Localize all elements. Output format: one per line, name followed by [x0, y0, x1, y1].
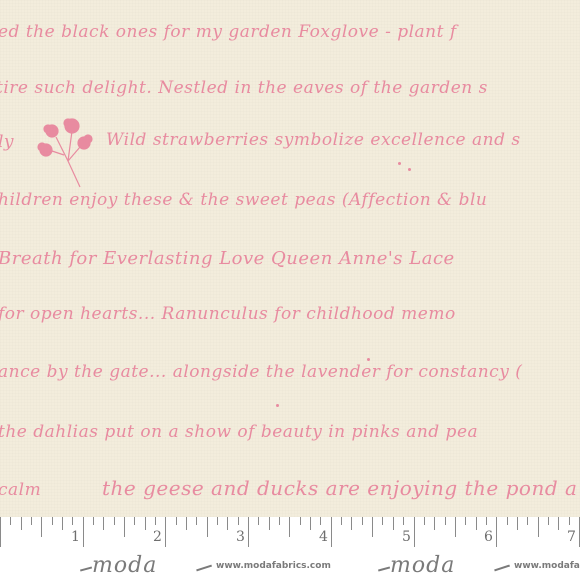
ruler-tick — [145, 517, 146, 530]
ruler-tick — [476, 517, 477, 530]
website-url: www.modafabrics.com — [216, 561, 331, 571]
ruler-tick — [424, 517, 425, 525]
inch-label: 7 — [567, 529, 576, 545]
script-text-line: the geese and ducks are enjoying the pon… — [102, 476, 577, 500]
ruler-tick — [207, 517, 208, 537]
ruler-tick — [465, 517, 466, 525]
ruler-tick — [393, 517, 394, 530]
ruler-tick — [569, 517, 570, 525]
script-text-line: calm — [0, 480, 41, 500]
ruler-tick — [134, 517, 135, 525]
ruler-tick — [93, 517, 94, 525]
ruler-tick — [52, 517, 53, 525]
ruler-tick — [538, 517, 539, 537]
ruler-tick — [362, 517, 363, 525]
ruler-tick — [21, 517, 22, 530]
inch-label: 4 — [319, 529, 328, 545]
script-text-line: ly — [0, 132, 14, 152]
ruler-tick — [217, 517, 218, 525]
ruler-tick — [300, 517, 301, 525]
script-text-line: tire such delight. Nestled in the eaves … — [0, 78, 488, 98]
ruler-tick — [41, 517, 42, 537]
ruler-tick — [248, 517, 249, 547]
ruler-tick — [10, 517, 11, 525]
fabric-swatch: ed the black ones for my garden Foxglove… — [0, 0, 580, 517]
ruler-tick — [403, 517, 404, 525]
ruler-tick — [548, 517, 549, 525]
script-text-line: Wild strawberries symbolize excellence a… — [106, 130, 521, 150]
ruler-tick — [434, 517, 435, 530]
script-text-line: Breath for Everlasting Love Queen Anne's… — [0, 248, 455, 269]
ruler-tick — [165, 517, 166, 547]
ruler-tick — [496, 517, 497, 547]
ruler-tick — [486, 517, 487, 525]
script-text-line: ance by the gate... alongside the lavend… — [0, 362, 522, 382]
ruler-tick — [176, 517, 177, 525]
script-text-line: for open hearts... Ranunculus for childh… — [0, 304, 456, 324]
ruler-tick — [372, 517, 373, 537]
inch-label: 1 — [71, 529, 80, 545]
ruler-tick — [331, 517, 332, 547]
moda-logo: moda — [390, 553, 455, 578]
ruler-tick — [455, 517, 456, 537]
ruler-tick — [227, 517, 228, 530]
website-url: www.modafabrics.com — [514, 561, 580, 571]
ruler-tick — [320, 517, 321, 525]
ruler-tick — [186, 517, 187, 530]
ink-speck — [276, 404, 279, 407]
script-text-line: hildren enjoy these & the sweet peas (Af… — [0, 190, 487, 210]
ink-speck — [367, 358, 370, 361]
measuring-ruler: 1234567modawww.modafabrics.commodawww.mo… — [0, 517, 580, 580]
ruler-tick — [517, 517, 518, 530]
ruler-tick — [238, 517, 239, 525]
ruler-tick — [279, 517, 280, 525]
ruler-tick — [558, 517, 559, 530]
ruler-tick — [289, 517, 290, 537]
ruler-tick — [196, 517, 197, 525]
ruler-tick — [72, 517, 73, 525]
ink-speck — [398, 162, 401, 165]
ruler-tick — [507, 517, 508, 525]
ruler-tick — [414, 517, 415, 547]
logo-swash — [196, 565, 212, 571]
inch-label: 3 — [236, 529, 245, 545]
ruler-tick — [445, 517, 446, 525]
logo-swash — [494, 565, 510, 571]
script-text-line: ed the black ones for my garden Foxglove… — [0, 22, 457, 42]
inch-label: 5 — [402, 529, 411, 545]
flower-sprig-icon — [34, 117, 94, 189]
script-text-line: the dahlias put on a show of beauty in p… — [0, 422, 478, 442]
ruler-tick — [124, 517, 125, 537]
ruler-tick — [31, 517, 32, 525]
ink-speck — [408, 168, 411, 171]
ruler-tick — [0, 517, 1, 547]
ruler-tick — [103, 517, 104, 530]
ruler-tick — [258, 517, 259, 525]
ruler-tick — [62, 517, 63, 530]
ruler-tick — [382, 517, 383, 525]
ruler-tick — [155, 517, 156, 525]
ruler-tick — [83, 517, 84, 547]
inch-label: 6 — [484, 529, 493, 545]
ruler-tick — [341, 517, 342, 525]
ruler-tick — [310, 517, 311, 530]
ruler-tick — [351, 517, 352, 530]
ruler-tick — [269, 517, 270, 530]
ruler-tick — [527, 517, 528, 525]
ruler-tick — [114, 517, 115, 525]
moda-logo: moda — [92, 553, 157, 578]
inch-label: 2 — [153, 529, 162, 545]
